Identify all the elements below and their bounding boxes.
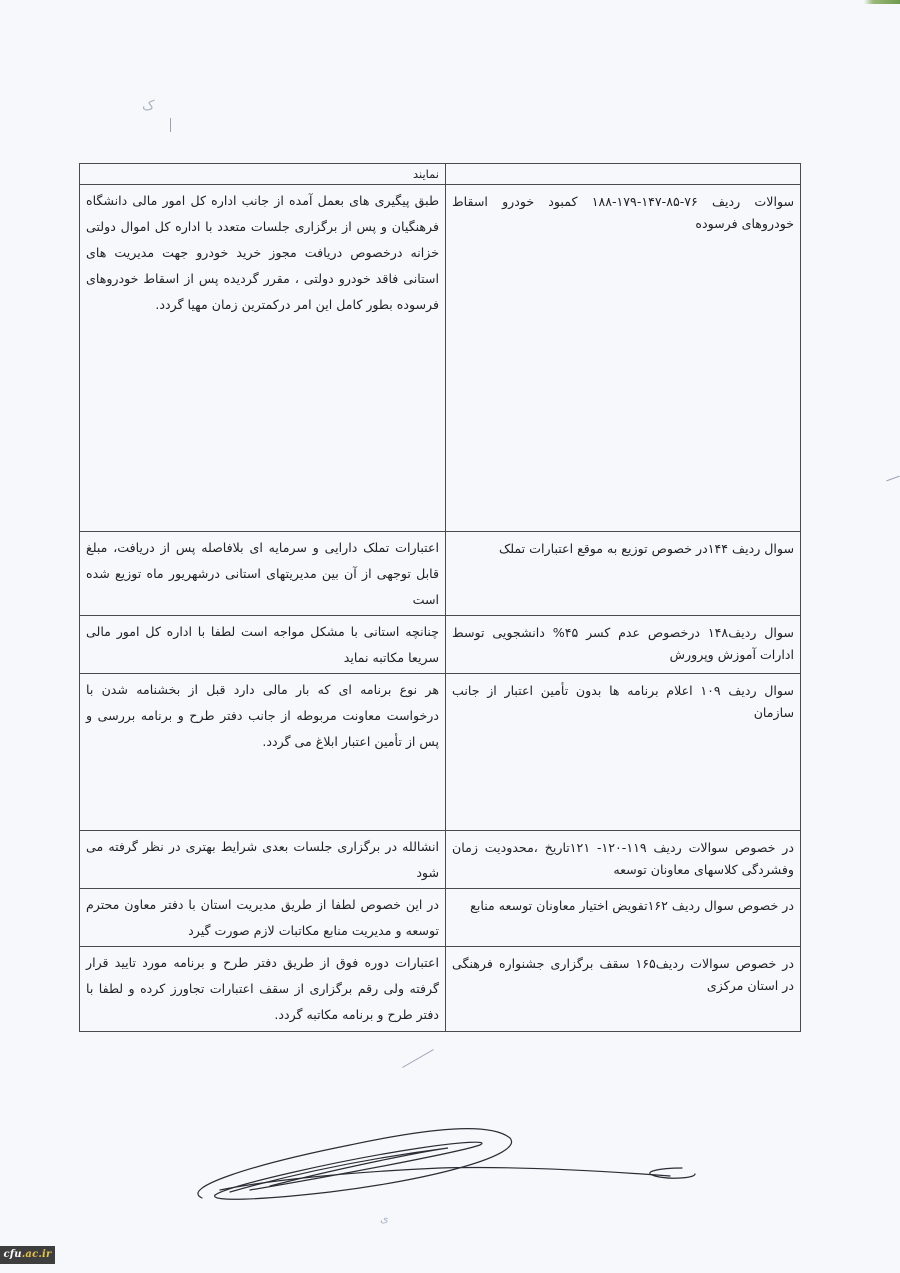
table-row: نمایند <box>80 164 801 185</box>
question-cell: در خصوص سوال ردیف ۱۶۲تفویض اختیار معاونا… <box>446 889 801 947</box>
answer-cell: انشالله در برگزاری جلسات بعدی شرایط بهتر… <box>80 831 446 889</box>
scan-mark: ﮎ <box>142 98 155 114</box>
answer-cell: در این خصوص لطفا از طریق مدیریت استان با… <box>80 889 446 947</box>
answer-cell: طبق پیگیری های بعمل آمده از جانب اداره ک… <box>80 185 446 532</box>
answer-cell: هر نوع برنامه ای که بار مالی دارد قبل از… <box>80 674 446 831</box>
table-row: سوال ردیف۱۴۸ درخصوص عدم کسر ۴۵% دانشجویی… <box>80 616 801 674</box>
site-watermark: cfu.ac.ir <box>0 1246 55 1264</box>
answer-cell: اعتبارات تملک دارایی و سرمایه ای بلافاصل… <box>80 532 446 616</box>
signature <box>190 1110 700 1205</box>
table-row: سوال ردیف ۱۴۴در خصوص توزیع به موقع اعتبا… <box>80 532 801 616</box>
watermark-suffix: .ac.ir <box>22 1249 52 1260</box>
answer-cell: نمایند <box>80 164 446 185</box>
scan-mark: ﻯ <box>380 1212 389 1225</box>
table-row: سوالات ردیف ۷۶-۸۵-۱۴۷-۱۷۹-۱۸۸ کمبود خودر… <box>80 185 801 532</box>
question-cell: سوال ردیف ۱۴۴در خصوص توزیع به موقع اعتبا… <box>446 532 801 616</box>
watermark-prefix: cfu <box>3 1249 21 1260</box>
answer-cell: اعتبارات دوره فوق از طریق دفتر طرح و برن… <box>80 947 446 1032</box>
question-cell: سوالات ردیف ۷۶-۸۵-۱۴۷-۱۷۹-۱۸۸ کمبود خودر… <box>446 185 801 532</box>
question-cell: در خصوص سوالات ردیف ۱۱۹-۱۲۰- ۱۲۱تاریخ ،م… <box>446 831 801 889</box>
scan-mark <box>402 1049 434 1068</box>
answer-cell: چنانچه استانی با مشکل مواجه است لطفا با … <box>80 616 446 674</box>
scan-mark <box>886 476 899 482</box>
question-cell: سوال ردیف۱۴۸ درخصوص عدم کسر ۴۵% دانشجویی… <box>446 616 801 674</box>
question-cell: در خصوص سوالات ردیف۱۶۵ سقف برگزاری جشنوا… <box>446 947 801 1032</box>
question-cell <box>446 164 801 185</box>
table-row: در خصوص سوال ردیف ۱۶۲تفویض اختیار معاونا… <box>80 889 801 947</box>
table-row: در خصوص سوالات ردیف ۱۱۹-۱۲۰- ۱۲۱تاریخ ،م… <box>80 831 801 889</box>
table-row: در خصوص سوالات ردیف۱۶۵ سقف برگزاری جشنوا… <box>80 947 801 1032</box>
question-cell: سوال ردیف ۱۰۹ اعلام برنامه ها بدون تأمین… <box>446 674 801 831</box>
table-row: سوال ردیف ۱۰۹ اعلام برنامه ها بدون تأمین… <box>80 674 801 831</box>
top-edge-line <box>0 0 900 4</box>
questions-answers-table: نمایند سوالات ردیف ۷۶-۸۵-۱۴۷-۱۷۹-۱۸۸ کمب… <box>79 163 801 1032</box>
scan-mark <box>170 118 171 132</box>
